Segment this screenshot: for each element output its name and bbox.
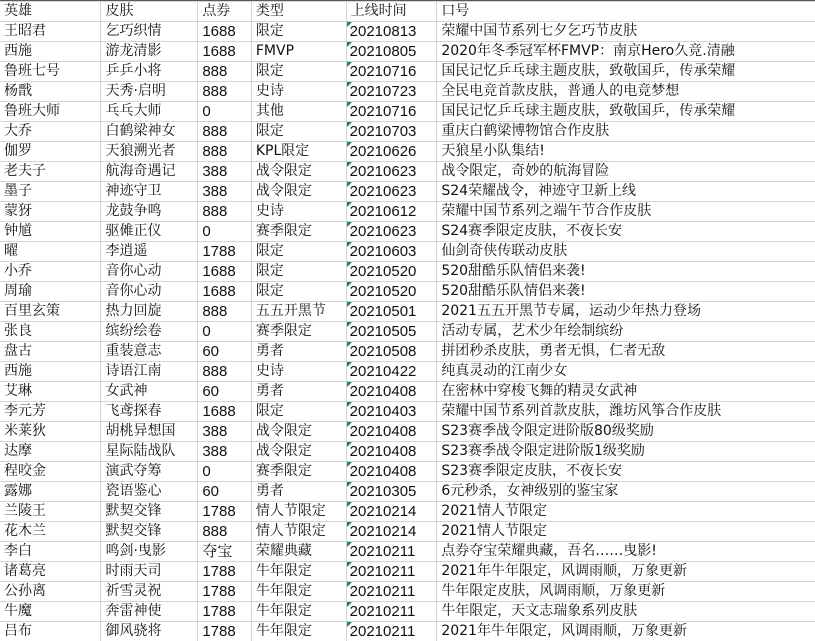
- cell-price[interactable]: 388: [198, 442, 252, 462]
- cell-slogan[interactable]: 荣耀中国节系列之端午节合作皮肤: [437, 202, 815, 222]
- cell-price[interactable]: 60: [198, 342, 252, 362]
- cell-value: 20210520: [350, 283, 417, 300]
- cell-type[interactable]: 限定: [251, 122, 346, 142]
- cell-slogan[interactable]: 拼团秒杀皮肤，勇者无惧，仁者无敌: [437, 342, 815, 362]
- cell-hero[interactable]: 盘古: [0, 342, 101, 362]
- cell-slogan[interactable]: S24荣耀战令，神迹守卫新上线: [437, 182, 815, 202]
- cell-release-date[interactable]: 20210813: [346, 22, 437, 42]
- cell-type[interactable]: FMVP: [251, 42, 346, 62]
- cell-release-date[interactable]: 20210805: [346, 42, 437, 62]
- table-row: 露娜瓷语鉴心60勇者202103056元秒杀，女神级别的鉴宝家: [0, 482, 815, 502]
- cell-hero[interactable]: 王昭君: [0, 22, 101, 42]
- number-as-text-indicator-icon: [347, 602, 352, 607]
- cell-slogan[interactable]: 荣耀中国节系列首款皮肤，潍坊风筝合作皮肤: [437, 402, 815, 422]
- number-as-text-indicator-icon: [347, 582, 352, 587]
- cell-price[interactable]: 0: [198, 102, 252, 122]
- table-row: 诸葛亮时雨天司1788牛年限定202102112021年牛年限定，风调雨顺，万象…: [0, 562, 815, 582]
- table-row: 牛魔奔雷神使1788牛年限定20210211牛年限定，天文志瑞象系列皮肤: [0, 602, 815, 622]
- cell-type[interactable]: 限定: [251, 22, 346, 42]
- table-row: 程咬金演武夺筹0赛季限定20210408S23赛季限定皮肤，不夜长安: [0, 462, 815, 482]
- number-as-text-indicator-icon: [347, 242, 352, 247]
- cell-skin[interactable]: 诗语江南: [101, 362, 198, 382]
- cell-value: 20210305: [350, 483, 417, 500]
- cell-type[interactable]: 战令限定: [251, 162, 346, 182]
- cell-skin[interactable]: 胡桃异想国: [101, 422, 198, 442]
- cell-price[interactable]: 0: [198, 322, 252, 342]
- cell-slogan[interactable]: S24赛季限定皮肤，不夜长安: [437, 222, 815, 242]
- cell-value: 20210716: [350, 103, 417, 120]
- table-row: 周瑜音你心动1688限定20210520520甜酷乐队情侣来袭!: [0, 282, 815, 302]
- cell-value: 20210211: [350, 563, 416, 580]
- cell-type[interactable]: 战令限定: [251, 422, 346, 442]
- number-as-text-indicator-icon: [347, 422, 352, 427]
- cell-hero[interactable]: 米莱狄: [0, 422, 101, 442]
- cell-value: 20210422: [350, 363, 417, 380]
- header-slogan[interactable]: 口号: [437, 2, 815, 22]
- cell-skin[interactable]: 白鹤梁神女: [101, 122, 198, 142]
- table-row: 李白鸣剑·曳影夺宝荣耀典藏20210211点券夺宝荣耀典藏，吾名……曳影!: [0, 542, 815, 562]
- cell-type[interactable]: 限定: [251, 402, 346, 422]
- cell-price[interactable]: 0: [198, 462, 252, 482]
- cell-type[interactable]: 史诗: [251, 202, 346, 222]
- cell-slogan[interactable]: 在密林中穿梭飞舞的精灵女武神: [437, 382, 815, 402]
- cell-slogan[interactable]: S23赛季战令限定进阶版80级奖励: [437, 422, 815, 442]
- cell-type[interactable]: 牛年限定: [251, 582, 346, 602]
- cell-release-date[interactable]: 20210408: [346, 422, 437, 442]
- cell-skin[interactable]: 星际陆战队: [101, 442, 198, 462]
- cell-value: 20210408: [350, 463, 417, 480]
- cell-value: 20210505: [350, 323, 417, 340]
- cell-type[interactable]: 荣耀典藏: [251, 542, 346, 562]
- cell-skin[interactable]: 龙鼓争鸣: [101, 202, 198, 222]
- cell-type[interactable]: 史诗: [251, 82, 346, 102]
- table-row: 兰陵王默契交锋1788情人节限定202102142021情人节限定: [0, 502, 815, 522]
- table-row: 达摩星际陆战队388战令限定20210408S23赛季战令限定进阶版1级奖励: [0, 442, 815, 462]
- cell-value: 20210408: [350, 443, 417, 460]
- cell-release-date[interactable]: 20210623: [346, 182, 437, 202]
- cell-release-date[interactable]: 20210214: [346, 502, 437, 522]
- number-as-text-indicator-icon: [347, 202, 352, 207]
- cell-release-date[interactable]: 20210520: [346, 262, 437, 282]
- cell-type[interactable]: 勇者: [251, 482, 346, 502]
- cell-type[interactable]: 五五开黑节: [251, 302, 346, 322]
- table-row: 王昭君乞巧织情1688限定20210813荣耀中国节系列七夕乞巧节皮肤: [0, 22, 815, 42]
- cell-release-date[interactable]: 20210520: [346, 282, 437, 302]
- number-as-text-indicator-icon: [347, 522, 352, 527]
- cell-type[interactable]: 史诗: [251, 362, 346, 382]
- cell-hero[interactable]: 牛魔: [0, 602, 101, 622]
- number-as-text-indicator-icon: [347, 82, 352, 87]
- cell-value: 20210408: [350, 423, 417, 440]
- number-as-text-indicator-icon: [347, 342, 352, 347]
- number-as-text-indicator-icon: [347, 282, 352, 287]
- number-as-text-indicator-icon: [347, 402, 352, 407]
- cell-price[interactable]: 1788: [198, 502, 252, 522]
- cell-slogan[interactable]: 2021情人节限定: [437, 522, 815, 542]
- cell-price[interactable]: 60: [198, 382, 252, 402]
- cell-hero[interactable]: 伽罗: [0, 142, 101, 162]
- cell-value: 20210626: [350, 143, 417, 160]
- cell-skin[interactable]: 鸣剑·曳影: [101, 542, 198, 562]
- table-row: 杨戬天秀·启明888史诗20210723全民电竞首款皮肤，普通人的电竞梦想: [0, 82, 815, 102]
- cell-hero[interactable]: 小乔: [0, 262, 101, 282]
- cell-price[interactable]: 888: [198, 142, 252, 162]
- cell-skin[interactable]: 默契交锋: [101, 522, 198, 542]
- cell-hero[interactable]: 百里玄策: [0, 302, 101, 322]
- cell-price[interactable]: 888: [198, 302, 252, 322]
- cell-type[interactable]: 情人节限定: [251, 522, 346, 542]
- cell-skin[interactable]: 热力回旋: [101, 302, 198, 322]
- cell-price[interactable]: 1788: [198, 242, 252, 262]
- header-type[interactable]: 类型: [251, 2, 346, 22]
- cell-slogan[interactable]: 点券夺宝荣耀典藏，吾名……曳影!: [437, 542, 815, 562]
- cell-skin[interactable]: 驱傩正仪: [101, 222, 198, 242]
- cell-skin[interactable]: 音你心动: [101, 282, 198, 302]
- table-row: 小乔音你心动1688限定20210520520甜酷乐队情侣来袭!: [0, 262, 815, 282]
- cell-release-date[interactable]: 20210723: [346, 82, 437, 102]
- cell-type[interactable]: 战令限定: [251, 442, 346, 462]
- cell-hero[interactable]: 钟馗: [0, 222, 101, 242]
- cell-price[interactable]: 888: [198, 202, 252, 222]
- table-row: 蒙犽龙鼓争鸣888史诗20210612荣耀中国节系列之端午节合作皮肤: [0, 202, 815, 222]
- cell-release-date[interactable]: 20210716: [346, 102, 437, 122]
- number-as-text-indicator-icon: [347, 102, 352, 107]
- cell-slogan[interactable]: 国民记忆乒乓球主题皮肤，致敬国乒，传承荣耀: [437, 62, 815, 82]
- cell-skin[interactable]: 演武夺筹: [101, 462, 198, 482]
- cell-skin[interactable]: 乞巧织情: [101, 22, 198, 42]
- cell-hero[interactable]: 露娜: [0, 482, 101, 502]
- cell-hero[interactable]: 程咬金: [0, 462, 101, 482]
- cell-release-date[interactable]: 20210623: [346, 162, 437, 182]
- number-as-text-indicator-icon: [347, 322, 352, 327]
- number-as-text-indicator-icon: [347, 482, 352, 487]
- cell-slogan[interactable]: 纯真灵动的江南少女: [437, 362, 815, 382]
- cell-release-date[interactable]: 20210211: [346, 602, 437, 622]
- cell-slogan[interactable]: 2021年牛年限定，风调雨顺，万象更新: [437, 562, 815, 582]
- cell-price[interactable]: 888: [198, 362, 252, 382]
- cell-price[interactable]: 388: [198, 162, 252, 182]
- cell-value: 20210520: [350, 263, 417, 280]
- cell-type[interactable]: 牛年限定: [251, 562, 346, 582]
- cell-hero[interactable]: 花木兰: [0, 522, 101, 542]
- cell-hero[interactable]: 艾琳: [0, 382, 101, 402]
- cell-value: 20210623: [350, 163, 417, 180]
- cell-skin[interactable]: 李逍遥: [101, 242, 198, 262]
- cell-price[interactable]: 夺宝: [198, 542, 252, 562]
- number-as-text-indicator-icon: [347, 382, 352, 387]
- cell-type[interactable]: 赛季限定: [251, 462, 346, 482]
- cell-hero[interactable]: 李元芳: [0, 402, 101, 422]
- cell-type[interactable]: KPL限定: [251, 142, 346, 162]
- cell-slogan[interactable]: 520甜酷乐队情侣来袭!: [437, 262, 815, 282]
- number-as-text-indicator-icon: [347, 302, 352, 307]
- cell-price[interactable]: 1688: [198, 262, 252, 282]
- cell-hero[interactable]: 吕布: [0, 622, 101, 641]
- header-release-date[interactable]: 上线时间: [346, 2, 437, 22]
- cell-skin[interactable]: 缤纷绘卷: [101, 322, 198, 342]
- cell-slogan[interactable]: 战令限定，奇妙的航海冒险: [437, 162, 815, 182]
- cell-skin[interactable]: 游龙清影: [101, 42, 198, 62]
- cell-skin[interactable]: 默契交锋: [101, 502, 198, 522]
- cell-value: 20210211: [350, 603, 416, 620]
- cell-release-date[interactable]: 20210501: [346, 302, 437, 322]
- cell-skin[interactable]: 乒乒小将: [101, 62, 198, 82]
- table-row: 吕布御风骁将1788牛年限定202102112021年牛年限定，风调雨顺，万象更…: [0, 622, 815, 641]
- cell-hero[interactable]: 李白: [0, 542, 101, 562]
- table-row: 钟馗驱傩正仪0赛季限定20210623S24赛季限定皮肤，不夜长安: [0, 222, 815, 242]
- cell-hero[interactable]: 公孙离: [0, 582, 101, 602]
- cell-type[interactable]: 勇者: [251, 342, 346, 362]
- cell-value: 20210612: [350, 203, 417, 220]
- cell-skin[interactable]: 瓷语鉴心: [101, 482, 198, 502]
- cell-skin[interactable]: 祈雪灵祝: [101, 582, 198, 602]
- cell-hero[interactable]: 鲁班大师: [0, 102, 101, 122]
- cell-type[interactable]: 勇者: [251, 382, 346, 402]
- cell-type[interactable]: 牛年限定: [251, 622, 346, 641]
- cell-release-date[interactable]: 20210623: [346, 222, 437, 242]
- cell-value: 20210214: [350, 503, 417, 520]
- cell-price[interactable]: 60: [198, 482, 252, 502]
- cell-price[interactable]: 888: [198, 82, 252, 102]
- cell-hero[interactable]: 达摩: [0, 442, 101, 462]
- cell-slogan[interactable]: 天狼星小队集结!: [437, 142, 815, 162]
- table-row: 百里玄策热力回旋888五五开黑节202105012021五五开黑节专属，运动少年…: [0, 302, 815, 322]
- cell-hero[interactable]: 诸葛亮: [0, 562, 101, 582]
- cell-slogan[interactable]: 520甜酷乐队情侣来袭!: [437, 282, 815, 302]
- cell-price[interactable]: 888: [198, 62, 252, 82]
- cell-value: 20210716: [350, 63, 417, 80]
- table-row: 花木兰默契交锋888情人节限定202102142021情人节限定: [0, 522, 815, 542]
- cell-price[interactable]: 888: [198, 122, 252, 142]
- number-as-text-indicator-icon: [347, 502, 352, 507]
- cell-skin[interactable]: 奔雷神使: [101, 602, 198, 622]
- cell-type[interactable]: 牛年限定: [251, 602, 346, 622]
- cell-hero[interactable]: 周瑜: [0, 282, 101, 302]
- cell-value: 20210508: [350, 343, 417, 360]
- cell-price[interactable]: 1788: [198, 582, 252, 602]
- cell-value: 20210623: [350, 183, 417, 200]
- header-skin[interactable]: 皮肤: [101, 2, 198, 22]
- cell-value: 20210603: [350, 243, 417, 260]
- cell-release-date[interactable]: 20210422: [346, 362, 437, 382]
- table-row: 西施游龙清影1688FMVP202108052020年冬季冠军杯FMVP：南京H…: [0, 42, 815, 62]
- number-as-text-indicator-icon: [347, 162, 352, 167]
- cell-release-date[interactable]: 20210214: [346, 522, 437, 542]
- cell-slogan[interactable]: 国民记忆乒乓球主题皮肤，致敬国乒，传承荣耀: [437, 102, 815, 122]
- number-as-text-indicator-icon: [347, 442, 352, 447]
- table-row: 艾琳女武神60勇者20210408在密林中穿梭飞舞的精灵女武神: [0, 382, 815, 402]
- cell-value: 20210723: [350, 83, 417, 100]
- number-as-text-indicator-icon: [347, 42, 352, 47]
- cell-value: 20210408: [350, 383, 417, 400]
- cell-hero[interactable]: 西施: [0, 362, 101, 382]
- cell-slogan[interactable]: 2021情人节限定: [437, 502, 815, 522]
- table-row: 盘古重装意志60勇者20210508拼团秒杀皮肤，勇者无惧，仁者无敌: [0, 342, 815, 362]
- cell-skin[interactable]: 飞鸢探春: [101, 402, 198, 422]
- cell-slogan[interactable]: 2021五五开黑节专属，运动少年热力登场: [437, 302, 815, 322]
- cell-skin[interactable]: 重装意志: [101, 342, 198, 362]
- number-as-text-indicator-icon: [347, 362, 352, 367]
- number-as-text-indicator-icon: [347, 562, 352, 567]
- cell-value: 20210214: [350, 523, 417, 540]
- cell-release-date[interactable]: 20210211: [346, 542, 437, 562]
- cell-hero[interactable]: 杨戬: [0, 82, 101, 102]
- cell-skin[interactable]: 天秀·启明: [101, 82, 198, 102]
- table-row: 张良缤纷绘卷0赛季限定20210505活动专属，艺术少年绘制缤纷: [0, 322, 815, 342]
- cell-release-date[interactable]: 20210408: [346, 442, 437, 462]
- cell-type[interactable]: 情人节限定: [251, 502, 346, 522]
- cell-value: 20210211: [350, 623, 416, 640]
- cell-hero[interactable]: 大乔: [0, 122, 101, 142]
- table-row: 公孙离祈雪灵祝1788牛年限定20210211牛年限定皮肤，风调雨顺，万象更新: [0, 582, 815, 602]
- cell-release-date[interactable]: 20210211: [346, 622, 437, 641]
- cell-slogan[interactable]: 2020年冬季冠军杯FMVP：南京Hero久竞.清融: [437, 42, 815, 62]
- cell-hero[interactable]: 曜: [0, 242, 101, 262]
- cell-value: 20210211: [350, 543, 416, 560]
- cell-release-date[interactable]: 20210211: [346, 582, 437, 602]
- cell-hero[interactable]: 张良: [0, 322, 101, 342]
- cell-price[interactable]: 0: [198, 222, 252, 242]
- number-as-text-indicator-icon: [347, 142, 352, 147]
- cell-slogan[interactable]: 全民电竞首款皮肤，普通人的电竞梦想: [437, 82, 815, 102]
- cell-release-date[interactable]: 20210612: [346, 202, 437, 222]
- cell-type[interactable]: 限定: [251, 262, 346, 282]
- cell-price[interactable]: 1688: [198, 42, 252, 62]
- cell-value: 20210703: [350, 123, 417, 140]
- cell-slogan[interactable]: 荣耀中国节系列七夕乞巧节皮肤: [437, 22, 815, 42]
- cell-price[interactable]: 1788: [198, 622, 252, 641]
- cell-slogan[interactable]: S23赛季战令限定进阶版1级奖励: [437, 442, 815, 462]
- cell-skin[interactable]: 航海奇遇记: [101, 162, 198, 182]
- cell-release-date[interactable]: 20210403: [346, 402, 437, 422]
- cell-slogan[interactable]: 仙剑奇侠传联动皮肤: [437, 242, 815, 262]
- header-row: 英雄 皮肤 点券 类型 上线时间 口号: [0, 2, 815, 22]
- cell-value: 20210403: [350, 403, 417, 420]
- cell-value: 20210211: [350, 583, 416, 600]
- number-as-text-indicator-icon: [347, 462, 352, 467]
- cell-release-date[interactable]: 20210703: [346, 122, 437, 142]
- cell-slogan[interactable]: 重庆白鹤梁博物馆合作皮肤: [437, 122, 815, 142]
- cell-hero[interactable]: 墨子: [0, 182, 101, 202]
- table-row: 西施诗语江南888史诗20210422纯真灵动的江南少女: [0, 362, 815, 382]
- number-as-text-indicator-icon: [347, 122, 352, 127]
- cell-price[interactable]: 1688: [198, 402, 252, 422]
- cell-hero[interactable]: 蒙犽: [0, 202, 101, 222]
- cell-slogan[interactable]: 牛年限定皮肤，风调雨顺，万象更新: [437, 582, 815, 602]
- cell-hero[interactable]: 鲁班七号: [0, 62, 101, 82]
- cell-price[interactable]: 1688: [198, 22, 252, 42]
- table-row: 墨子神迹守卫388战令限定20210623S24荣耀战令，神迹守卫新上线: [0, 182, 815, 202]
- cell-price[interactable]: 1788: [198, 562, 252, 582]
- cell-slogan[interactable]: 牛年限定，天文志瑞象系列皮肤: [437, 602, 815, 622]
- cell-hero[interactable]: 老夫子: [0, 162, 101, 182]
- table-row: 伽罗天狼溯光者888KPL限定20210626天狼星小队集结!: [0, 142, 815, 162]
- cell-skin[interactable]: 御风骁将: [101, 622, 198, 641]
- spreadsheet-table: 英雄 皮肤 点券 类型 上线时间 口号 王昭君乞巧织情1688限定2021081…: [0, 1, 815, 641]
- cell-skin[interactable]: 乓乓大师: [101, 102, 198, 122]
- header-price[interactable]: 点券: [198, 2, 252, 22]
- number-as-text-indicator-icon: [347, 62, 352, 67]
- cell-skin[interactable]: 女武神: [101, 382, 198, 402]
- cell-release-date[interactable]: 20210305: [346, 482, 437, 502]
- cell-slogan[interactable]: 2021年牛年限定，风调雨顺，万象更新: [437, 622, 815, 641]
- cell-value: 20210813: [350, 23, 417, 40]
- cell-type[interactable]: 战令限定: [251, 182, 346, 202]
- cell-release-date[interactable]: 20210211: [346, 562, 437, 582]
- cell-skin[interactable]: 天狼溯光者: [101, 142, 198, 162]
- cell-price[interactable]: 1788: [198, 602, 252, 622]
- cell-type[interactable]: 其他: [251, 102, 346, 122]
- cell-price[interactable]: 1688: [198, 282, 252, 302]
- cell-release-date[interactable]: 20210408: [346, 462, 437, 482]
- cell-skin[interactable]: 神迹守卫: [101, 182, 198, 202]
- number-as-text-indicator-icon: [347, 542, 352, 547]
- number-as-text-indicator-icon: [347, 22, 352, 27]
- cell-type[interactable]: 限定: [251, 62, 346, 82]
- cell-skin[interactable]: 音你心动: [101, 262, 198, 282]
- cell-price[interactable]: 388: [198, 182, 252, 202]
- table-row: 鲁班七号乒乒小将888限定20210716国民记忆乒乓球主题皮肤，致敬国乒，传承…: [0, 62, 815, 82]
- table-row: 米莱狄胡桃异想国388战令限定20210408S23赛季战令限定进阶版80级奖励: [0, 422, 815, 442]
- number-as-text-indicator-icon: [347, 222, 352, 227]
- cell-slogan[interactable]: 6元秒杀，女神级别的鉴宝家: [437, 482, 815, 502]
- cell-price[interactable]: 388: [198, 422, 252, 442]
- number-as-text-indicator-icon: [347, 262, 352, 267]
- cell-skin[interactable]: 时雨天司: [101, 562, 198, 582]
- cell-release-date[interactable]: 20210408: [346, 382, 437, 402]
- table-row: 曜李逍遥1788限定20210603仙剑奇侠传联动皮肤: [0, 242, 815, 262]
- number-as-text-indicator-icon: [347, 182, 352, 187]
- cell-value: 20210501: [350, 303, 417, 320]
- table-row: 老夫子航海奇遇记388战令限定20210623战令限定，奇妙的航海冒险: [0, 162, 815, 182]
- cell-slogan[interactable]: S23赛季限定皮肤，不夜长安: [437, 462, 815, 482]
- cell-type[interactable]: 限定: [251, 242, 346, 262]
- cell-release-date[interactable]: 20210603: [346, 242, 437, 262]
- table-row: 李元芳飞鸢探春1688限定20210403荣耀中国节系列首款皮肤，潍坊风筝合作皮…: [0, 402, 815, 422]
- cell-release-date[interactable]: 20210626: [346, 142, 437, 162]
- cell-type[interactable]: 赛季限定: [251, 222, 346, 242]
- cell-type[interactable]: 限定: [251, 282, 346, 302]
- table-row: 大乔白鹤梁神女888限定20210703重庆白鹤梁博物馆合作皮肤: [0, 122, 815, 142]
- cell-release-date[interactable]: 20210716: [346, 62, 437, 82]
- table-row: 鲁班大师乓乓大师0其他20210716国民记忆乒乓球主题皮肤，致敬国乒，传承荣耀: [0, 102, 815, 122]
- cell-release-date[interactable]: 20210508: [346, 342, 437, 362]
- cell-hero[interactable]: 兰陵王: [0, 502, 101, 522]
- cell-type[interactable]: 赛季限定: [251, 322, 346, 342]
- cell-value: 20210805: [350, 43, 417, 60]
- cell-release-date[interactable]: 20210505: [346, 322, 437, 342]
- cell-price[interactable]: 888: [198, 522, 252, 542]
- number-as-text-indicator-icon: [347, 622, 352, 627]
- cell-hero[interactable]: 西施: [0, 42, 101, 62]
- cell-slogan[interactable]: 活动专属，艺术少年绘制缤纷: [437, 322, 815, 342]
- header-hero[interactable]: 英雄: [0, 2, 101, 22]
- cell-value: 20210623: [350, 223, 417, 240]
